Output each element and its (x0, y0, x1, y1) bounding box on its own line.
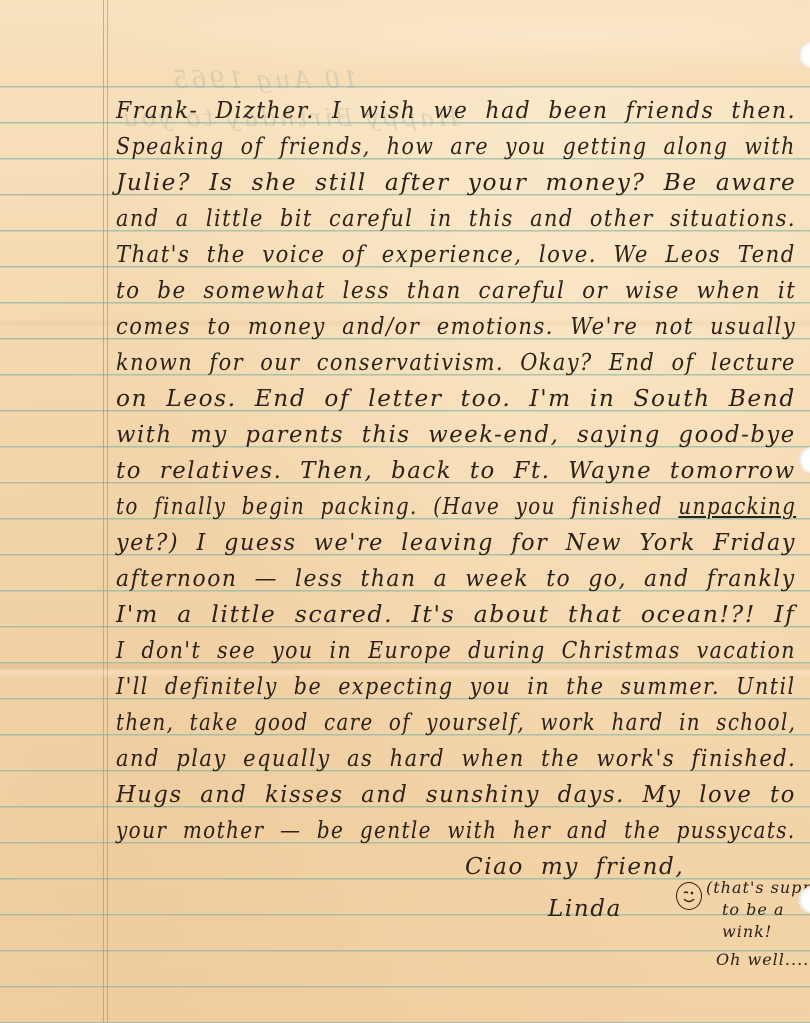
side-note-line: to be a (722, 900, 784, 919)
letter-line-text: to finally begin packing. (Have you fini… (116, 494, 678, 520)
letter-line: your mother — be gentle with her and the… (116, 818, 796, 844)
letter-line: Frank- Dizther. I wish we had been frien… (116, 98, 796, 124)
letter-line: Julie? Is she still after your money? Be… (116, 170, 796, 196)
letter-line: comes to money and/or emotions. We're no… (116, 314, 796, 340)
letter-line: known for our conservativism. Okay? End … (116, 350, 796, 376)
side-note-line: Oh well.... (716, 950, 809, 969)
side-note-line: wink! (722, 922, 772, 941)
letter-line: to relatives. Then, back to Ft. Wayne to… (116, 458, 796, 484)
letter-page: 10 Aug 1965 Happy Birthday to you Frank-… (0, 0, 810, 1023)
letter-line: then, take good care of yourself, work h… (116, 710, 796, 736)
letter-line: That's the voice of experience, love. We… (116, 242, 796, 268)
letter-line: Speaking of friends, how are you getting… (116, 134, 796, 160)
letter-line: on Leos. End of letter too. I'm in South… (116, 386, 796, 412)
letter-line: with my parents this week-end, saying go… (116, 422, 796, 448)
closing: Ciao my friend, (465, 854, 684, 880)
letter-line: and play equally as hard when the work's… (116, 746, 796, 772)
letter-line: I'll definitely be expecting you in the … (116, 674, 796, 700)
punch-hole (798, 447, 810, 473)
letter-line: and a little bit careful in this and oth… (116, 206, 796, 232)
letter-line: to finally begin packing. (Have you fini… (116, 494, 796, 520)
winking-face-icon (676, 882, 702, 910)
letter-line: to be somewhat less than careful or wise… (116, 278, 796, 304)
letter-line: yet?) I guess we're leaving for New York… (116, 530, 796, 556)
underlined-word: unpacking (678, 494, 796, 520)
margin-line (107, 0, 108, 1023)
letter-line: I don't see you in Europe during Christm… (116, 638, 796, 664)
letter-line: afternoon — less than a week to go, and … (116, 566, 796, 592)
signature: Linda (548, 896, 622, 922)
letter-line: I'm a little scared. It's about that oce… (116, 602, 796, 628)
side-note-line: (that's supp (706, 878, 810, 897)
letter-line: Hugs and kisses and sunshiny days. My lo… (116, 782, 796, 808)
top-margin-area (0, 0, 810, 86)
margin-line (103, 0, 104, 1023)
